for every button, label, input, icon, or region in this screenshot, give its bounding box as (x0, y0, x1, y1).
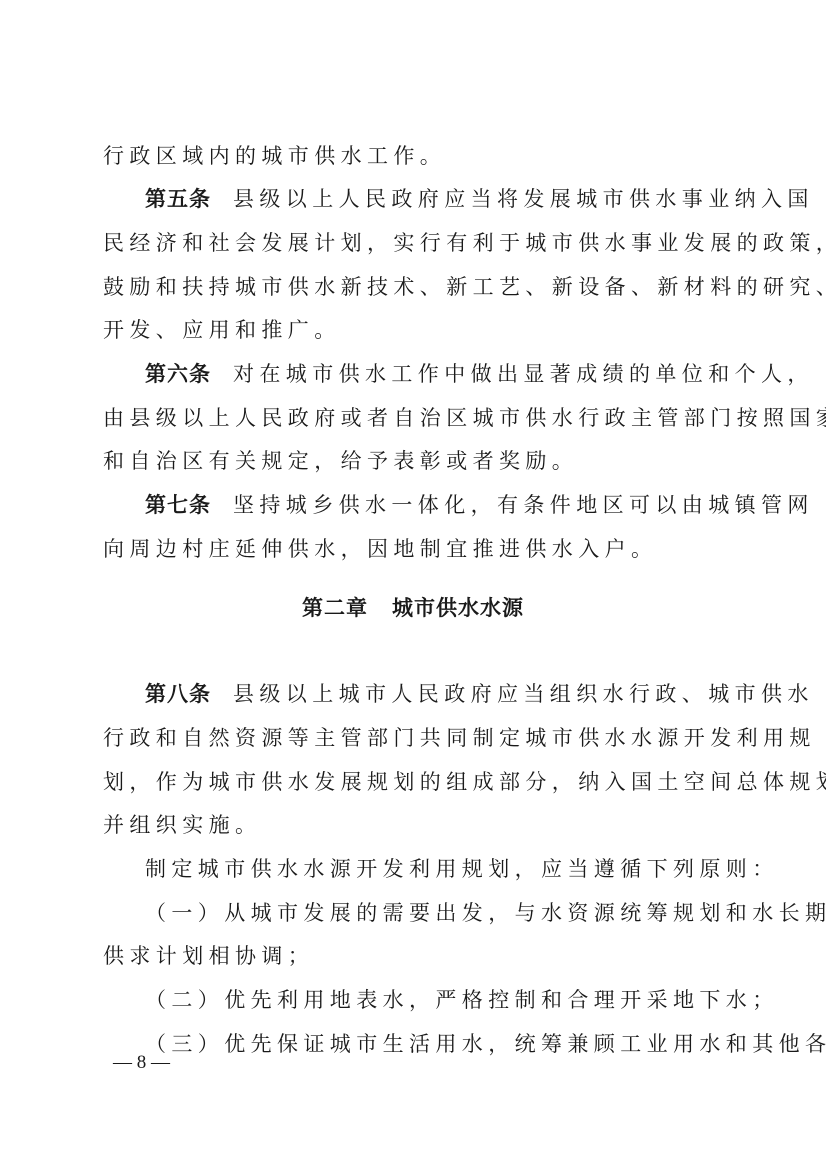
list-item-2: （二）优先利用地表水，严格控制和合理开采地下水； (145, 986, 727, 1014)
paragraph-line: 鼓励和扶持城市供水新技术、新工艺、新设备、新材料的研究、 (103, 273, 727, 301)
paragraph-line: 划，作为城市供水发展规划的组成部分，纳入国土空间总体规划， (103, 768, 727, 796)
chapter-heading: 第二章城市供水水源 (0, 594, 826, 622)
article-label: 第七条 (145, 493, 211, 517)
list-item-1: （一）从城市发展的需要出发，与水资源统筹规划和水长期 (145, 899, 727, 927)
page-number: — 8 — (113, 1050, 170, 1076)
paragraph-line: 由县级以上人民政府或者自治区城市供水行政主管部门按照国家 (103, 404, 727, 432)
article-8-line: 第八条县级以上城市人民政府应当组织水行政、城市供水 (145, 680, 727, 708)
list-item-3: （三）优先保证城市生活用水，统筹兼顾工业用水和其他各 (145, 1030, 727, 1058)
article-label: 第八条 (145, 682, 211, 706)
paragraph-line: 向周边村庄延伸供水，因地制宜推进供水入户。 (103, 535, 727, 563)
article-label: 第五条 (145, 187, 211, 211)
chapter-number: 第二章 (302, 596, 368, 620)
paragraph-line: 开发、应用和推广。 (103, 316, 727, 344)
paragraph-line: 制定城市供水水源开发利用规划，应当遵循下列原则： (145, 855, 727, 883)
paragraph-line: 民经济和社会发展计划，实行有利于城市供水事业发展的政策， (103, 229, 727, 257)
article-7-line: 第七条坚持城乡供水一体化，有条件地区可以由城镇管网 (145, 491, 727, 519)
article-6-line: 第六条对在城市供水工作中做出显著成绩的单位和个人， (145, 360, 727, 388)
paragraph-line: 行政区域内的城市供水工作。 (103, 142, 727, 170)
paragraph-line: 和自治区有关规定，给予表彰或者奖励。 (103, 447, 727, 475)
document-page: 行政区域内的城市供水工作。 第五条县级以上人民政府应当将发展城市供水事业纳入国 … (0, 0, 826, 1169)
article-label: 第六条 (145, 362, 211, 386)
article-5-line: 第五条县级以上人民政府应当将发展城市供水事业纳入国 (145, 185, 727, 213)
paragraph-line: 并组织实施。 (103, 811, 727, 839)
chapter-title: 城市供水水源 (392, 596, 524, 620)
paragraph-line: 行政和自然资源等主管部门共同制定城市供水水源开发利用规 (103, 724, 727, 752)
paragraph-line: 供求计划相协调； (103, 942, 727, 970)
